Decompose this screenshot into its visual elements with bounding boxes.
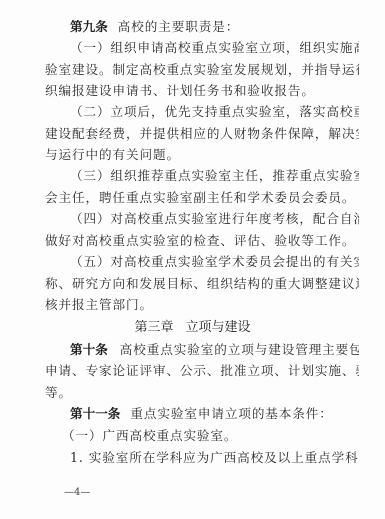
paragraph-line: （二）立项后，优先支持重点实验室，落实高校重点实验室 — [70, 104, 359, 120]
page-number: —4— — [64, 487, 90, 498]
paragraph-line: 建设配套经费，并提供相应的人财物条件保障，解决实验室建设 — [45, 126, 359, 142]
paragraph-line: 申请、专家论证评审、公示、批准立项、计划实施、验收、调整 — [45, 363, 359, 379]
paragraph-line: 织编报建设申请书、计划任务书和验收报告。 — [45, 83, 359, 99]
paragraph-line: 与运行中的有关问题。 — [45, 147, 359, 163]
paragraph-line: （三）组织推荐重点实验室主任，推荐重点实验室学术委员 — [70, 168, 359, 184]
document-page: 第九条高校的主要职责是： （一）组织申请高校重点实验室立项，组织实施高校重点实 … — [0, 0, 385, 519]
paragraph-line: （五）对高校重点实验室学术委员会提出的有关实验室名 — [70, 254, 359, 270]
chapter-heading: 第三章立项与建设 — [0, 320, 385, 336]
paragraph-line: 验室建设。制定高校重点实验室发展规划，并指导运行和管理组 — [45, 62, 359, 78]
chapter-number: 第三章 — [134, 320, 173, 335]
paragraph-line: 会主任，聘任重点实验室副主任和学术委员会委员。 — [45, 190, 359, 206]
article-heading: 第十一条 — [70, 406, 120, 421]
article-intro: 重点实验室申请立项的基本条件： — [130, 406, 332, 421]
article10-heading-line: 第十条高校重点实验室的立项与建设管理主要包括立项 — [70, 342, 359, 358]
article-heading: 第十条 — [70, 342, 108, 357]
paragraph-line: （四）对高校重点实验室进行年度考核，配合自治区教育厅 — [70, 211, 359, 227]
paragraph-line: （一）广西高校重点实验室。 — [62, 428, 376, 444]
paragraph-text: 高校重点实验室的立项与建设管理主要包括立项 — [120, 342, 359, 357]
paragraph-line: 称、研究方向和发展目标、组织结构的重大调整建议进行研究审 — [45, 276, 359, 292]
article-heading: 第九条 — [70, 19, 108, 34]
article-intro: 高校的主要职责是： — [118, 19, 239, 34]
chapter-title: 立项与建设 — [186, 320, 251, 335]
paragraph-line: （一）组织申请高校重点实验室立项，组织实施高校重点实 — [70, 40, 359, 56]
paragraph-line: 核并报主管部门。 — [45, 297, 359, 313]
paragraph-line: 做好对高校重点实验室的检查、评估、验收等工作。 — [45, 233, 359, 249]
paragraph-line: 等。 — [45, 385, 359, 401]
article11-heading-line: 第十一条重点实验室申请立项的基本条件： — [70, 406, 359, 422]
article9-heading-line: 第九条高校的主要职责是： — [70, 19, 359, 35]
paragraph-line: 1. 实验室所在学科应为广西高校及以上重点学科或具有相 — [70, 450, 359, 466]
